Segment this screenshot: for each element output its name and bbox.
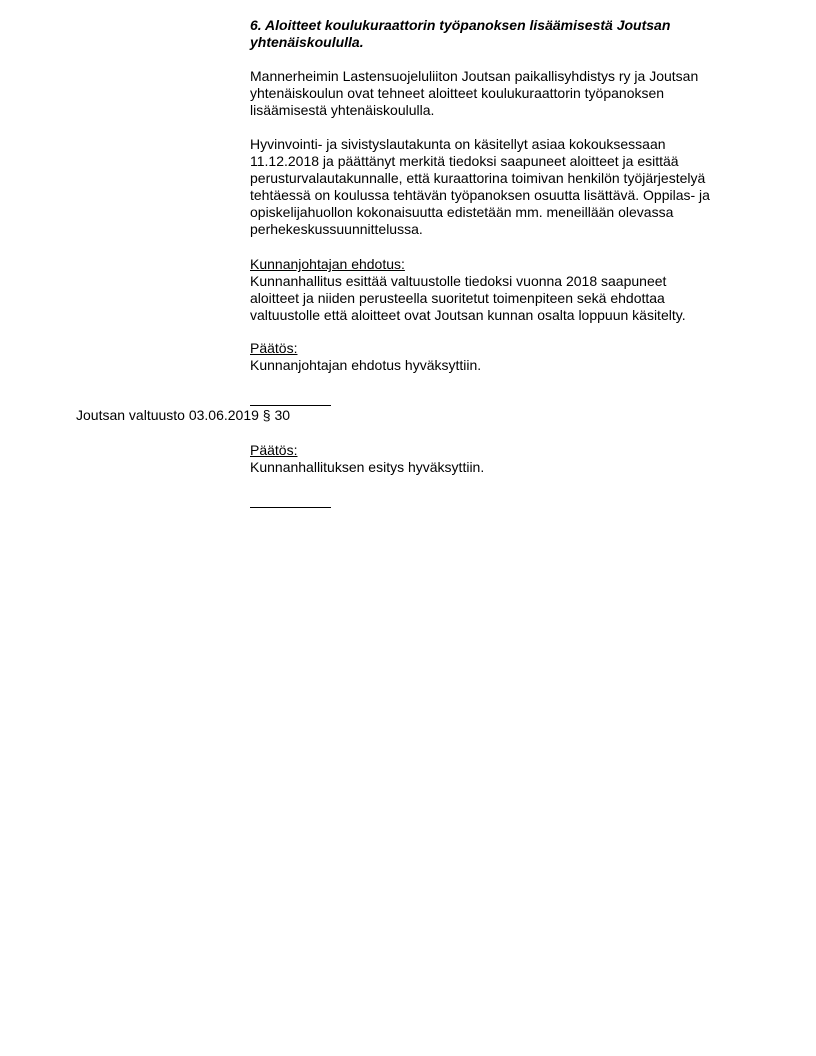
paragraph-line: Hyvinvointi- ja sivistyslautakunta on kä… xyxy=(250,136,750,153)
paragraph-line: Kunnanhallitus esittää valtuustolle tied… xyxy=(250,273,750,290)
decision-text: Kunnanjohtajan ehdotus hyväksyttiin. xyxy=(250,357,750,374)
decision-board: Päätös: Kunnanjohtajan ehdotus hyväksytt… xyxy=(250,340,750,374)
paragraph-line: perusturvalautakunnalle, että kuraattori… xyxy=(250,170,750,187)
intro-paragraph: Mannerheimin Lastensuojeluliiton Joutsan… xyxy=(250,68,750,119)
decision-heading: Päätös: xyxy=(250,442,750,459)
paragraph-line: perhekeskussuunnittelussa. xyxy=(250,221,750,238)
section-title-line: yhtenäiskoululla. xyxy=(250,34,750,51)
paragraph-line: aloitteet ja niiden perusteella suoritet… xyxy=(250,290,750,307)
paragraph-line: lisäämisestä yhtenäiskoululla. xyxy=(250,102,750,119)
paragraph-line: 11.12.2018 ja päättänyt merkitä tiedoksi… xyxy=(250,153,750,170)
separator-rule xyxy=(250,507,331,508)
decision-council: Päätös: Kunnanhallituksen esitys hyväksy… xyxy=(250,442,750,476)
paragraph-line: valtuustolle että aloitteet ovat Joutsan… xyxy=(250,307,750,324)
meeting-label: Joutsan valtuusto 03.06.2019 § 30 xyxy=(76,407,290,424)
board-paragraph: Hyvinvointi- ja sivistyslautakunta on kä… xyxy=(250,136,750,238)
paragraph-line: Mannerheimin Lastensuojeluliiton Joutsan… xyxy=(250,68,750,85)
separator-rule xyxy=(250,405,331,406)
proposal-heading: Kunnanjohtajan ehdotus: xyxy=(250,256,750,273)
paragraph-line: opiskelijahuollon kokonaisuutta edistetä… xyxy=(250,204,750,221)
paragraph-line: yhtenäiskoulun ovat tehneet aloitteet ko… xyxy=(250,85,750,102)
mayor-proposal: Kunnanjohtajan ehdotus: Kunnanhallitus e… xyxy=(250,256,750,324)
decision-text: Kunnanhallituksen esitys hyväksyttiin. xyxy=(250,459,750,476)
section-title: 6. Aloitteet koulukuraattorin työpanokse… xyxy=(250,17,750,51)
paragraph-line: tehtäessä on koulussa tehtävän työpanoks… xyxy=(250,187,750,204)
decision-heading: Päätös: xyxy=(250,340,750,357)
section-title-line: 6. Aloitteet koulukuraattorin työpanokse… xyxy=(250,17,750,34)
